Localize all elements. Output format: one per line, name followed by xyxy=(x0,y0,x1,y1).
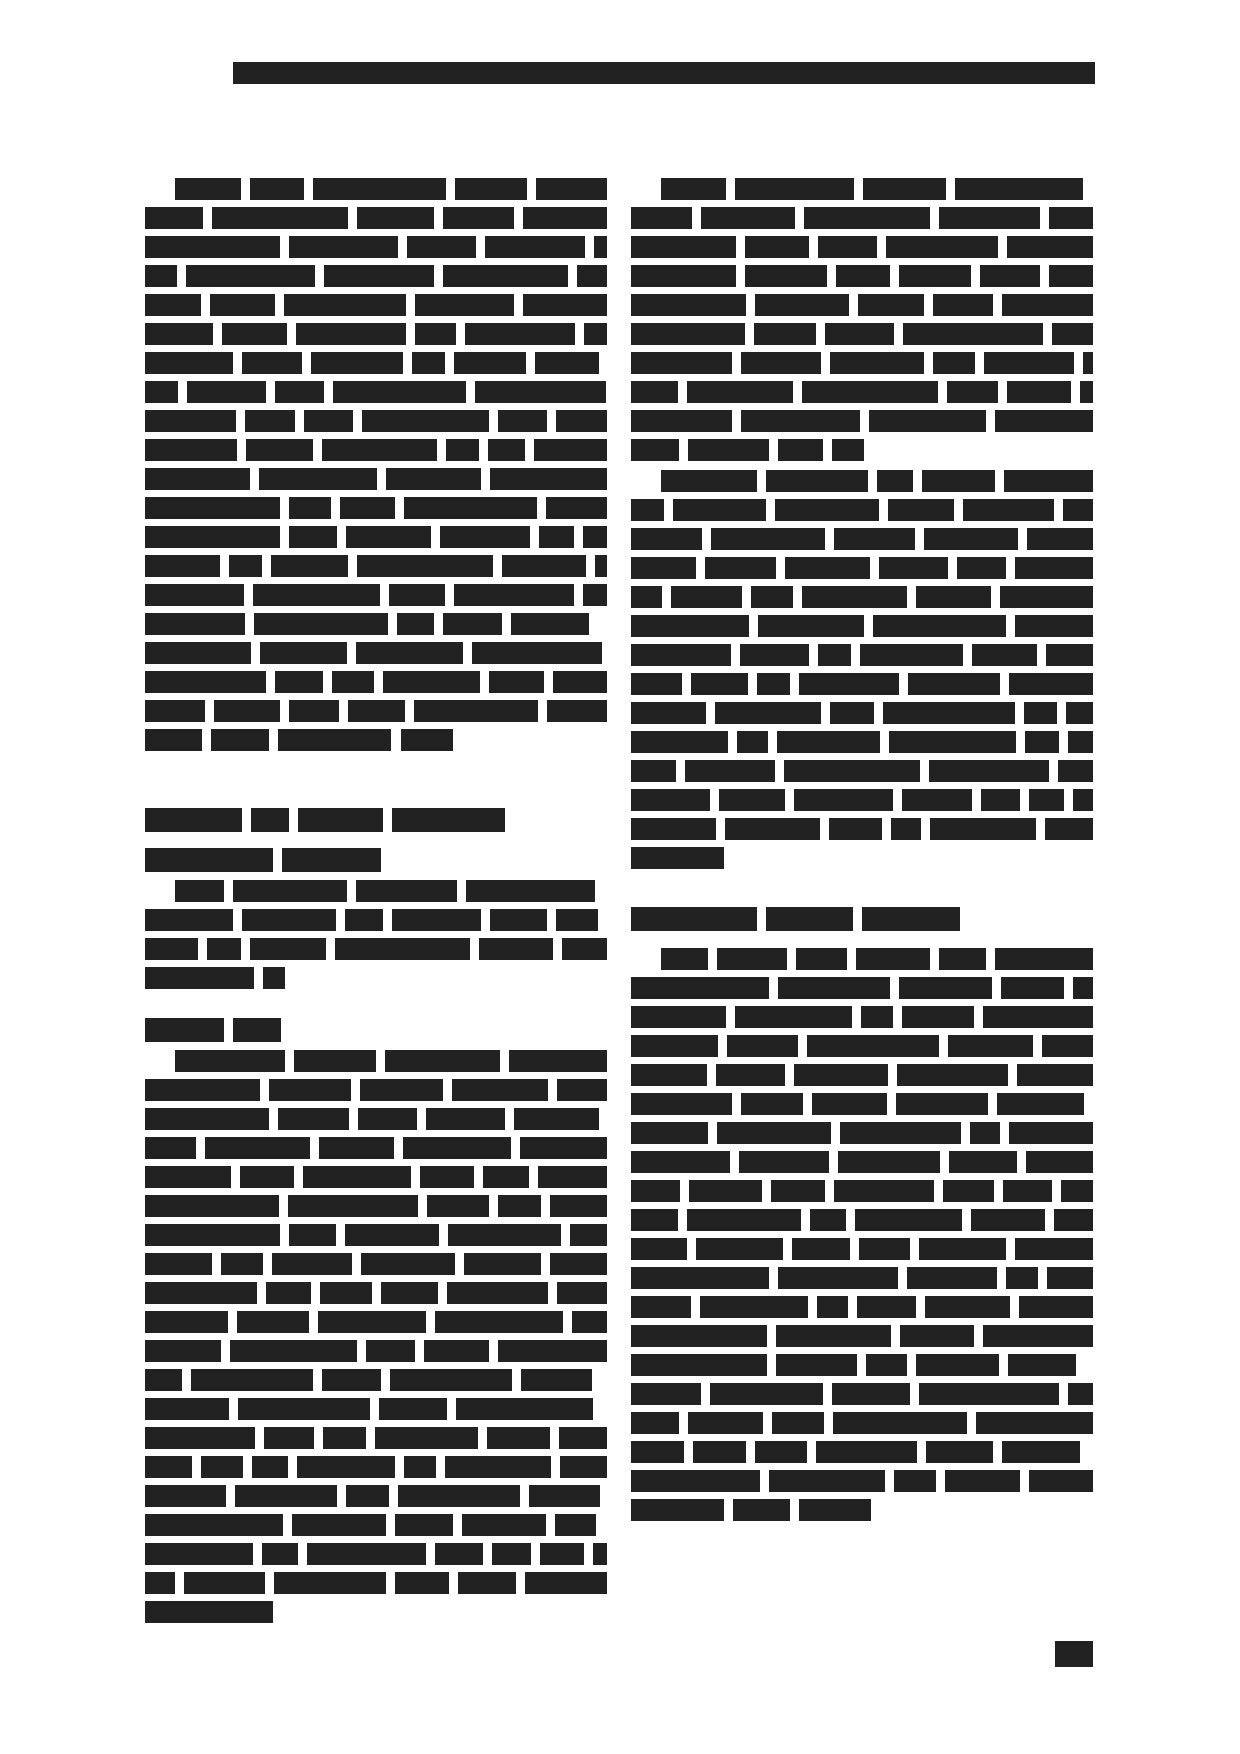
running-header xyxy=(233,62,1095,84)
page-number xyxy=(1055,1641,1093,1667)
